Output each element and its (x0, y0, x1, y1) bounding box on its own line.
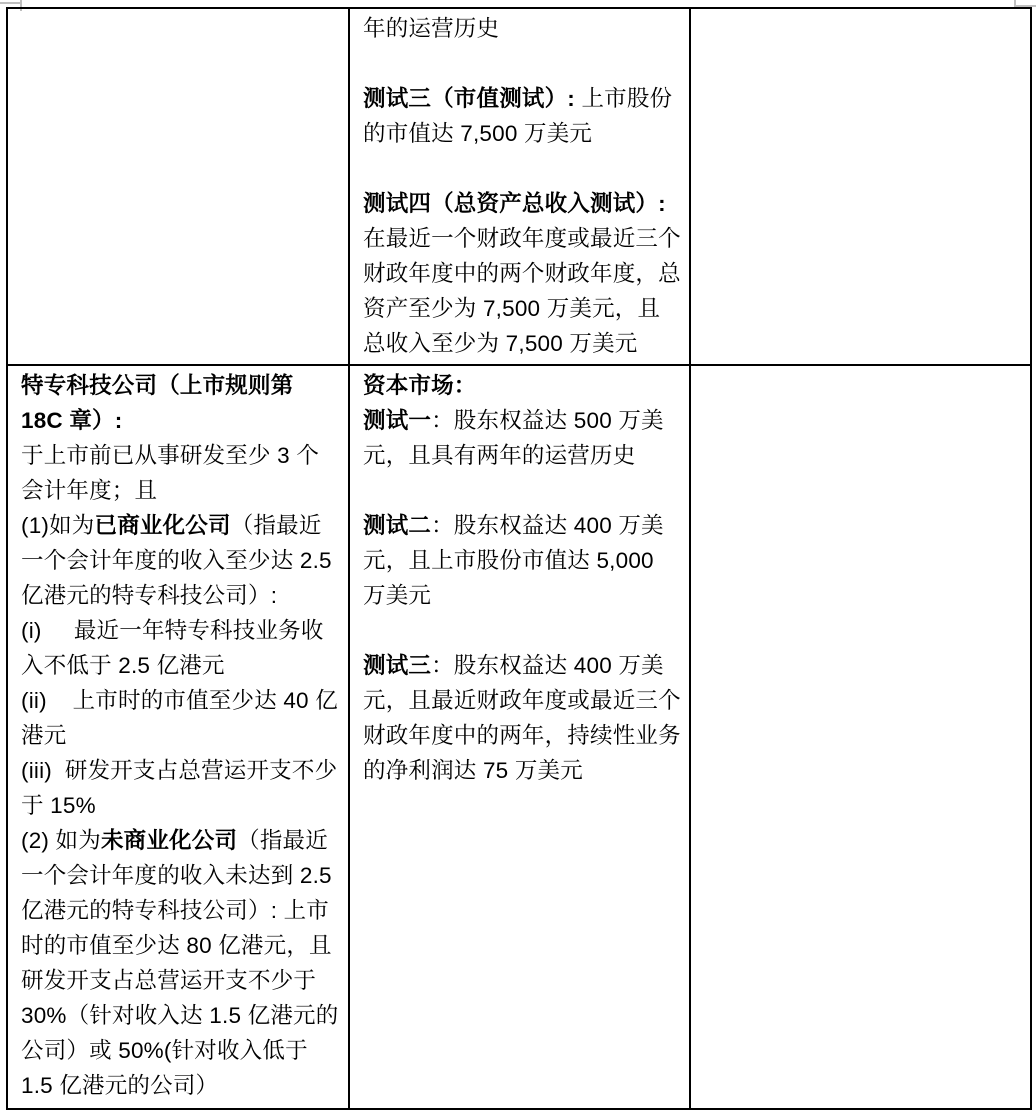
blank-line (363, 151, 681, 186)
cell-content (21, 11, 340, 362)
text-run: 未商业化公司 (101, 828, 237, 853)
text-run: 测试三 (363, 653, 431, 678)
blank-line (363, 613, 681, 648)
table-cell: 资本市场：测试一：股东权益达 500 万美元，且具有两年的运营历史测试二：股东权… (349, 365, 690, 1109)
table-row: 特专科技公司（上市规则第 18C 章）:于上市前已从事研发至少 3 个会计年度；… (7, 365, 1031, 1109)
page-boundary-mark-top-left (0, 2, 22, 4)
blank-line (363, 46, 681, 81)
text-run: (2) 如为 (21, 828, 101, 853)
paragraph: 特专科技公司（上市规则第 18C 章）: (21, 368, 340, 438)
text-run: 资本市场： (363, 373, 477, 398)
text-run: (iii) 研发开支占总营运开支不少于 15% (21, 758, 337, 818)
cell-content: 年的运营历史测试三（市值测试）: 上市股份的市值达 7,500 万美元测试四（总… (363, 11, 681, 362)
paragraph: 测试二：股东权益达 400 万美元，且上市股份市值达 5,000 万美元 (363, 508, 681, 613)
text-run: 在最近一个财政年度或最近三个财政年度中的两个财政年度，总资产至少为 7,500 … (363, 226, 681, 356)
paragraph: 年的运营历史 (363, 11, 681, 46)
text-run: 特专科技公司（上市规则第 18C 章）: (21, 373, 300, 433)
cell-content (704, 368, 1022, 1106)
text-run: 年的运营历史 (363, 16, 499, 41)
text-run: （指最近一个会计年度的收入未达到 2.5 亿港元的特专科技公司）: 上市时的市值… (21, 828, 338, 1098)
cell-content: 资本市场：测试一：股东权益达 500 万美元，且具有两年的运营历史测试二：股东权… (363, 368, 681, 1106)
paragraph: (1)如为已商业化公司（指最近一个会计年度的收入至少达 2.5 亿港元的特专科技… (21, 508, 340, 613)
paragraph: 测试三：股东权益达 400 万美元，且最近财政年度或最近三个财政年度中的两年，持… (363, 648, 681, 788)
page-boundary-mark-top-right-tick (1014, 0, 1016, 6)
text-run: 于上市前已从事研发至少 3 个会计年度；且 (21, 443, 319, 503)
paragraph: 于上市前已从事研发至少 3 个会计年度；且 (21, 438, 340, 508)
text-run: 已商业化公司 (95, 513, 231, 538)
text-run: 测试三（市值测试）: (363, 86, 581, 111)
cell-content (704, 11, 1022, 362)
text-run: (i) 最近一年特专科技业务收入不低于 2.5 亿港元 (21, 618, 324, 678)
text-run: 测试一 (363, 408, 431, 433)
paragraph: 测试一：股东权益达 500 万美元，且具有两年的运营历史 (363, 403, 681, 473)
paragraph: (iii) 研发开支占总营运开支不少于 15% (21, 753, 340, 823)
paragraph: 测试三（市值测试）: 上市股份的市值达 7,500 万美元 (363, 81, 681, 151)
cell-content: 特专科技公司（上市规则第 18C 章）:于上市前已从事研发至少 3 个会计年度；… (21, 368, 340, 1106)
table-cell (7, 8, 349, 365)
table-cell: 特专科技公司（上市规则第 18C 章）:于上市前已从事研发至少 3 个会计年度；… (7, 365, 349, 1109)
paragraph: (i) 最近一年特专科技业务收入不低于 2.5 亿港元 (21, 613, 340, 683)
paragraph: (2) 如为未商业化公司（指最近一个会计年度的收入未达到 2.5 亿港元的特专科… (21, 823, 340, 1103)
table-row: 年的运营历史测试三（市值测试）: 上市股份的市值达 7,500 万美元测试四（总… (7, 8, 1031, 365)
text-run: 测试四（总资产总收入测试）: (363, 191, 672, 216)
table-cell (690, 365, 1031, 1109)
text-run: (1)如为 (21, 513, 95, 538)
text-run: 测试二 (363, 513, 431, 538)
table-cell: 年的运营历史测试三（市值测试）: 上市股份的市值达 7,500 万美元测试四（总… (349, 8, 690, 365)
text-run: (ii) 上市时的市值至少达 40 亿港元 (21, 688, 338, 748)
listing-requirements-table: 年的运营历史测试三（市值测试）: 上市股份的市值达 7,500 万美元测试四（总… (6, 7, 1032, 1110)
blank-line (363, 473, 681, 508)
table-cell (690, 8, 1031, 365)
paragraph: 测试四（总资产总收入测试）: 在最近一个财政年度或最近三个财政年度中的两个财政年… (363, 186, 681, 361)
paragraph: 资本市场： (363, 368, 681, 403)
paragraph: (ii) 上市时的市值至少达 40 亿港元 (21, 683, 340, 753)
